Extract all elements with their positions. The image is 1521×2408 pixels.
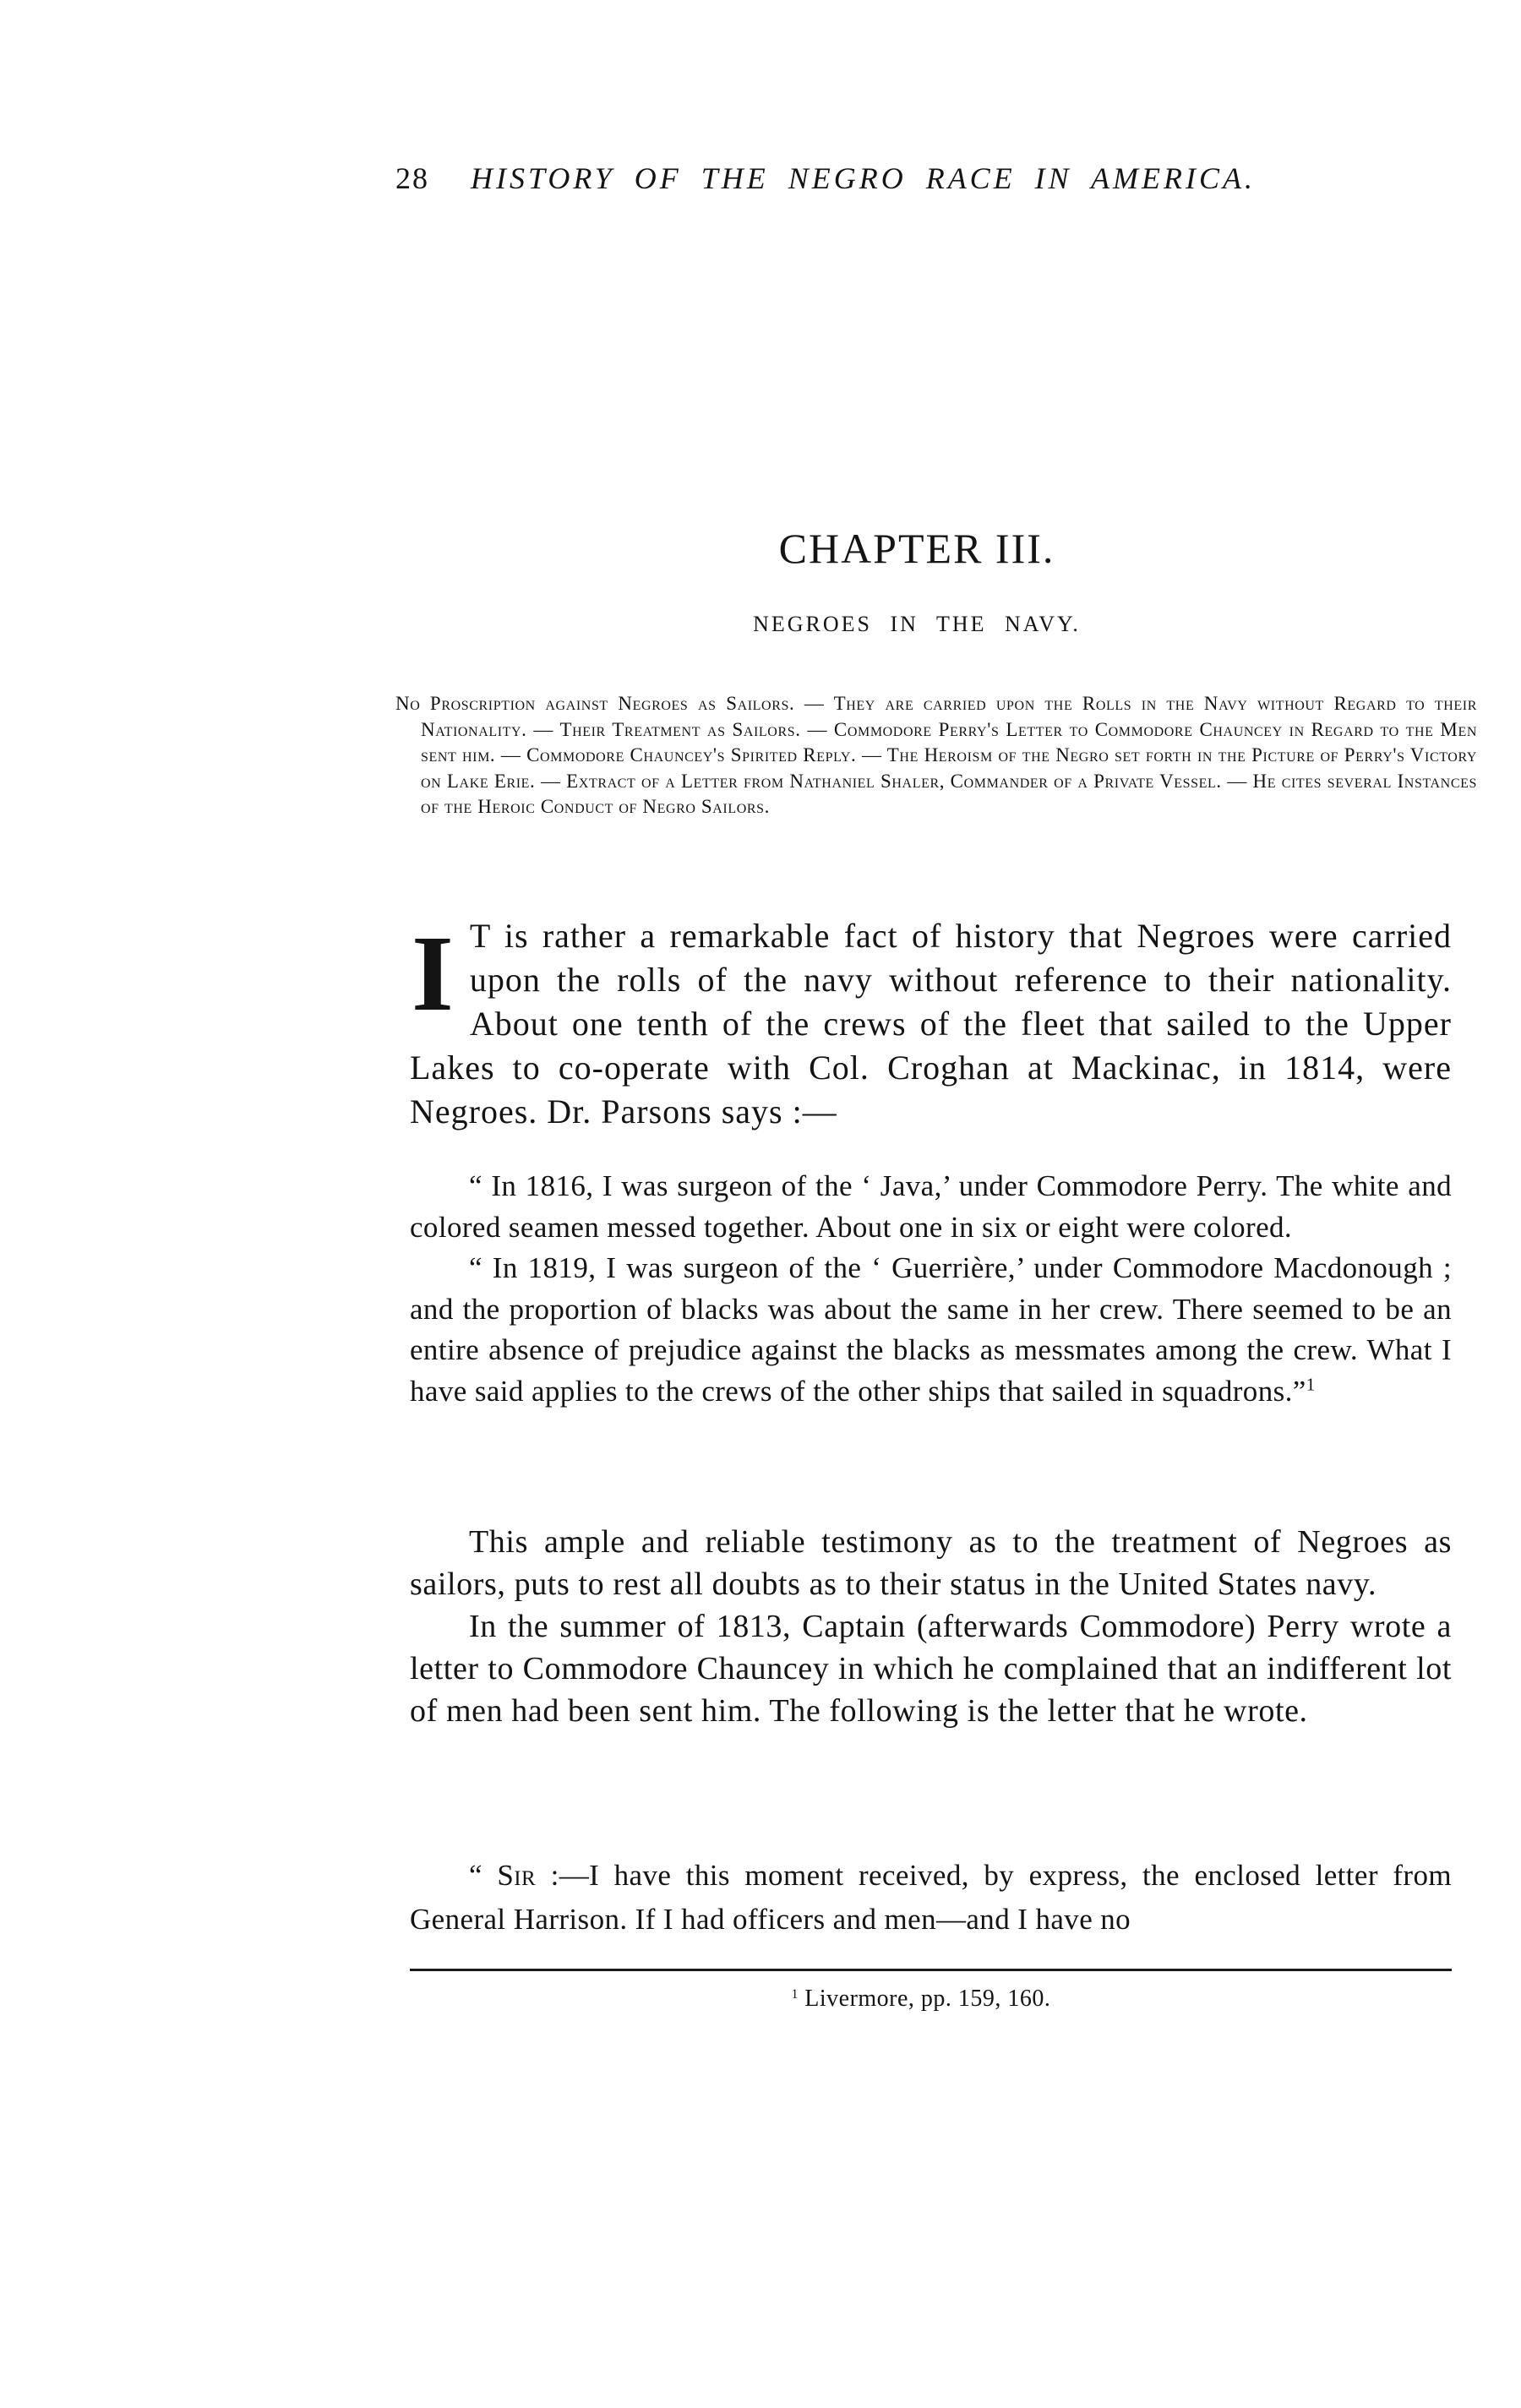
chapter-title: CHAPTER III. bbox=[0, 524, 1521, 573]
drop-cap: I bbox=[412, 933, 455, 1017]
running-head: 28 HISTORY OF THE NEGRO RACE IN AMERICA. bbox=[395, 161, 1376, 196]
open-quote: “ bbox=[469, 1859, 497, 1892]
page-number: 28 bbox=[395, 161, 429, 195]
footnote-divider bbox=[410, 1969, 1452, 1971]
letter-salutation: Sir bbox=[497, 1859, 536, 1892]
footnote-reference[interactable]: 1 bbox=[1306, 1374, 1316, 1394]
quote-paragraph-2: “ In 1819, I was surgeon of the ‘ Guerri… bbox=[410, 1248, 1452, 1412]
paragraph-perry-letter: In the summer of 1813, Captain (afterwar… bbox=[410, 1605, 1452, 1732]
chapter-synopsis: No Proscription against Negroes as Sailo… bbox=[395, 691, 1477, 820]
letter-excerpt: “ Sir :—I have this moment received, by … bbox=[410, 1854, 1452, 1942]
body-paragraphs: This ample and reliable testimony as to … bbox=[410, 1521, 1452, 1732]
letter-text: :—I have this moment received, by expres… bbox=[410, 1859, 1452, 1936]
letter-paragraph: “ Sir :—I have this moment received, by … bbox=[410, 1854, 1452, 1942]
paragraph-testimony: This ample and reliable testimony as to … bbox=[410, 1521, 1452, 1605]
book-title: HISTORY OF THE NEGRO RACE IN AMERICA. bbox=[471, 161, 1256, 195]
opening-paragraph-text: T is rather a remarkable fact of history… bbox=[410, 917, 1452, 1130]
block-quote: “ In 1816, I was surgeon of the ‘ Java,’… bbox=[410, 1166, 1452, 1412]
opening-paragraph: I T is rather a remarkable fact of histo… bbox=[410, 914, 1452, 1134]
footnote-marker: 1 bbox=[792, 1987, 799, 2002]
footnote: 1 Livermore, pp. 159, 160. bbox=[0, 1986, 1521, 2013]
footnote-text: Livermore, pp. 159, 160. bbox=[799, 1986, 1051, 2012]
quote-paragraph-2-text: “ In 1819, I was surgeon of the ‘ Guerri… bbox=[410, 1251, 1452, 1408]
book-page: 28 HISTORY OF THE NEGRO RACE IN AMERICA.… bbox=[0, 0, 1521, 2408]
chapter-subtitle: NEGROES IN THE NAVY. bbox=[0, 612, 1521, 637]
quote-paragraph-1: “ In 1816, I was surgeon of the ‘ Java,’… bbox=[410, 1166, 1452, 1248]
